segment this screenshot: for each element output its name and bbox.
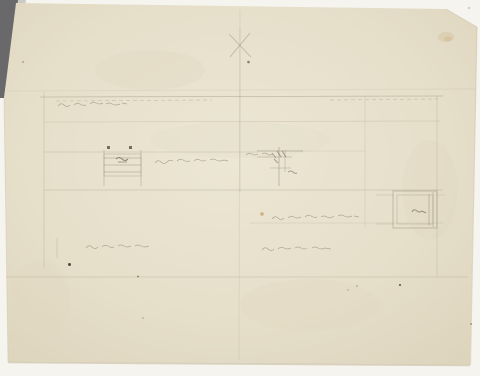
pencil-dot: [129, 146, 132, 149]
paper-blotch: [10, 260, 70, 340]
stain-spot: [260, 212, 264, 216]
ink-fleck: [247, 61, 250, 64]
ink-fleck: [399, 284, 401, 286]
pencil-dot: [107, 146, 110, 149]
drawing-canvas: [0, 0, 480, 376]
ink-fleck: [142, 317, 144, 319]
ink-fleck: [22, 61, 24, 63]
ink-fleck: [68, 263, 71, 266]
stain-spot: [444, 37, 452, 42]
paper-blotch: [240, 279, 380, 331]
scanned-drawing-sheet: [0, 0, 480, 376]
ink-fleck: [137, 276, 139, 278]
ink-fleck: [347, 289, 348, 290]
stain-spot: [468, 7, 470, 9]
ink-fleck: [470, 323, 472, 325]
ink-fleck: [356, 285, 358, 287]
paper-blotch: [95, 50, 205, 90]
